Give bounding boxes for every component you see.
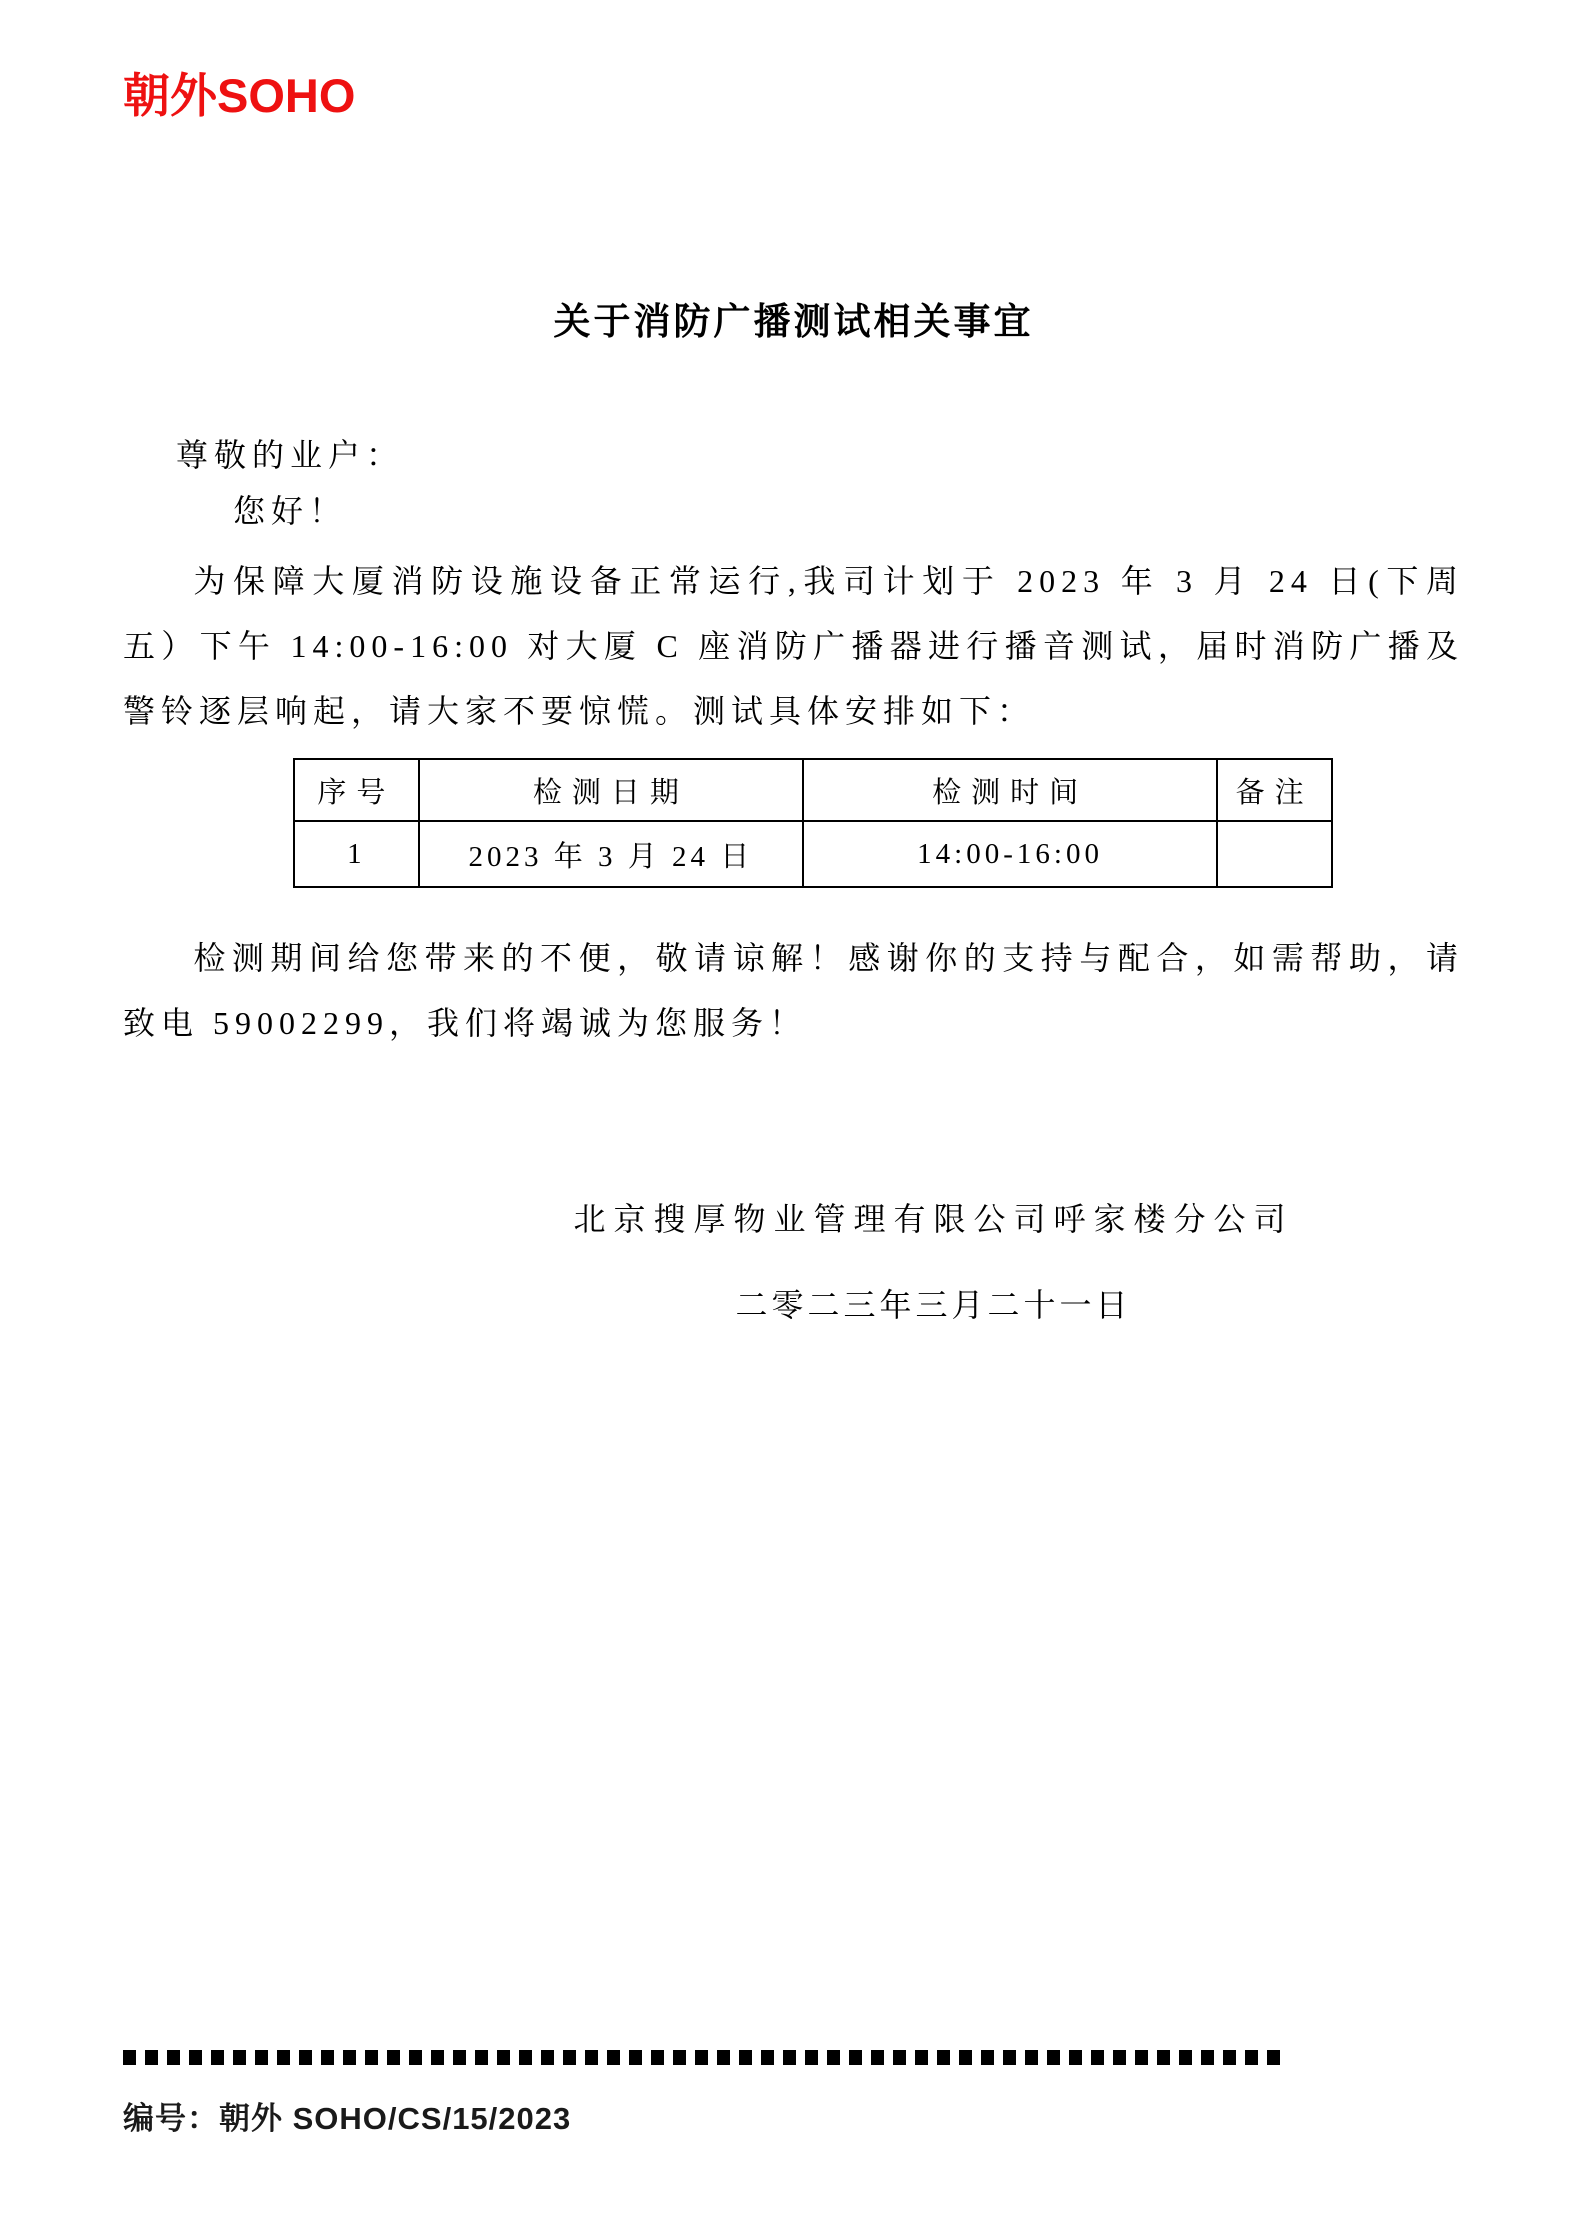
company-logo: 朝外SOHO bbox=[123, 72, 1464, 119]
signature-date: 二零二三年三月二十一日 bbox=[403, 1287, 1464, 1323]
doc-number: 编号：朝外 SOHO/CS/15/2023 bbox=[123, 2093, 1464, 2138]
table-cell-test-time: 14:00-16:00 bbox=[803, 821, 1217, 887]
table-header-remark: 备注 bbox=[1217, 759, 1332, 821]
table-cell-remark bbox=[1217, 821, 1332, 887]
greeting: 您好！ bbox=[123, 483, 1464, 539]
document-content: 朝外SOHO 关于消防广播测试相关事宜 尊敬的业户： 您好！ 为保障大厦消防设施… bbox=[0, 72, 1587, 1323]
page-footer: 编号：朝外 SOHO/CS/15/2023 bbox=[123, 2050, 1464, 2138]
table-header-row: 序号 检测日期 检测时间 备注 bbox=[294, 759, 1332, 821]
table-header-seq: 序号 bbox=[294, 759, 419, 821]
salutation: 尊敬的业户： bbox=[123, 427, 1464, 483]
signature-company: 北京搜厚物业管理有限公司呼家楼分公司 bbox=[403, 1201, 1464, 1237]
table-header-test-date: 检测日期 bbox=[419, 759, 803, 821]
signature-block: 北京搜厚物业管理有限公司呼家楼分公司 二零二三年三月二十一日 bbox=[123, 1201, 1464, 1323]
table-header-test-time: 检测时间 bbox=[803, 759, 1217, 821]
document-title: 关于消防广播测试相关事宜 bbox=[123, 291, 1464, 345]
table-row: 1 2023 年 3 月 24 日 14:00-16:00 bbox=[294, 821, 1332, 887]
test-schedule-table: 序号 检测日期 检测时间 备注 1 2023 年 3 月 24 日 14:00-… bbox=[293, 758, 1333, 888]
table-body: 1 2023 年 3 月 24 日 14:00-16:00 bbox=[294, 821, 1332, 887]
dotted-divider bbox=[123, 2050, 1286, 2065]
table-header: 序号 检测日期 检测时间 备注 bbox=[294, 759, 1332, 821]
table-cell-seq: 1 bbox=[294, 821, 419, 887]
paragraph-apology: 检测期间给您带来的不便，敬请谅解！感谢你的支持与配合，如需帮助，请致电 5900… bbox=[123, 926, 1464, 1056]
table-cell-test-date: 2023 年 3 月 24 日 bbox=[419, 821, 803, 887]
paragraph-notice: 为保障大厦消防设施设备正常运行,我司计划于 2023 年 3 月 24 日(下周… bbox=[123, 549, 1464, 744]
notice-document-page: 朝外SOHO 关于消防广播测试相关事宜 尊敬的业户： 您好！ 为保障大厦消防设施… bbox=[0, 0, 1587, 2220]
